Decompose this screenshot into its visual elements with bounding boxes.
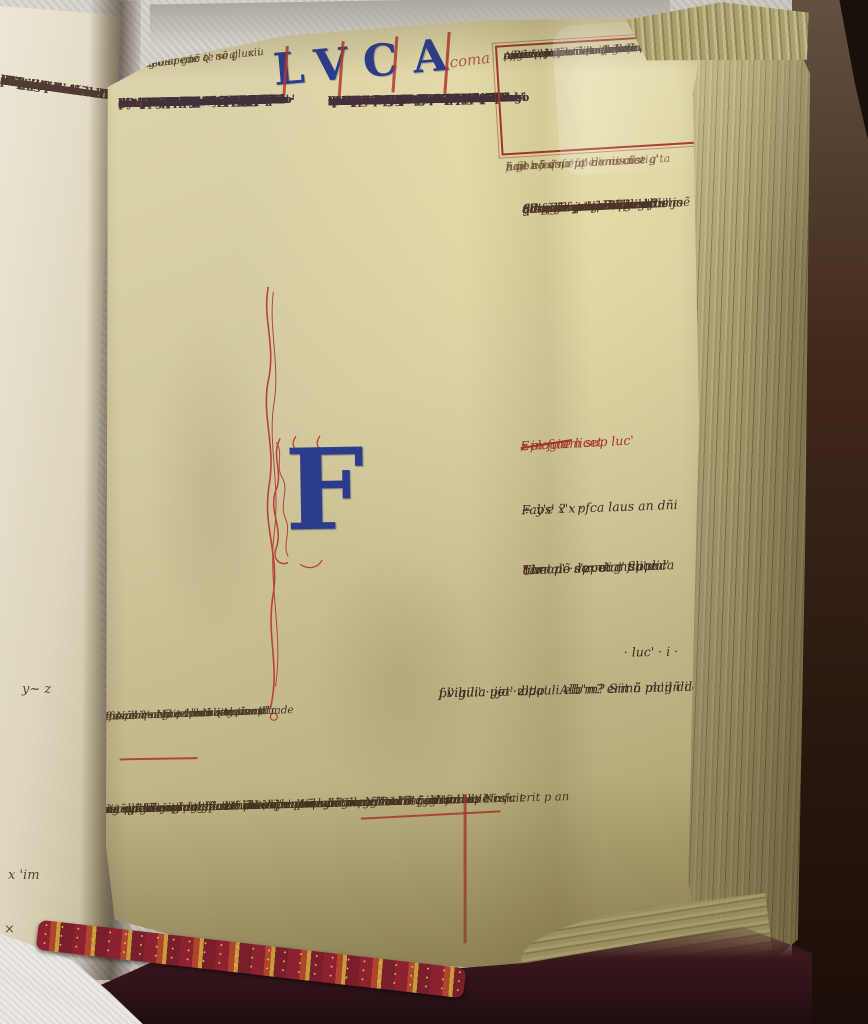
citation: · luc' · i · [624, 644, 679, 660]
margin-mark: × [4, 922, 15, 937]
fore-edge-shading [688, 16, 810, 978]
initial-letter: F [284, 425, 366, 556]
red-divider-line [464, 795, 467, 943]
margin-mark: y~ z [22, 682, 51, 697]
heading-text: LVCA [271, 29, 464, 96]
fore-edge-leaves [688, 16, 810, 978]
margin-mark: x 'im [8, 868, 40, 883]
parchment-stain [306, 547, 491, 810]
manuscript-photo: Regi bo sua sol'esequ · pavor- dil'zse v… [0, 0, 868, 1024]
bottom-annotations: m li pote quol sang · m · luct' lic' · h… [68, 780, 780, 800]
text-line: ſx nõ ÷ stella clarior lucife sic pt' x … [68, 780, 780, 800]
illuminated-initial: F [268, 432, 344, 573]
red-underline [120, 757, 198, 760]
